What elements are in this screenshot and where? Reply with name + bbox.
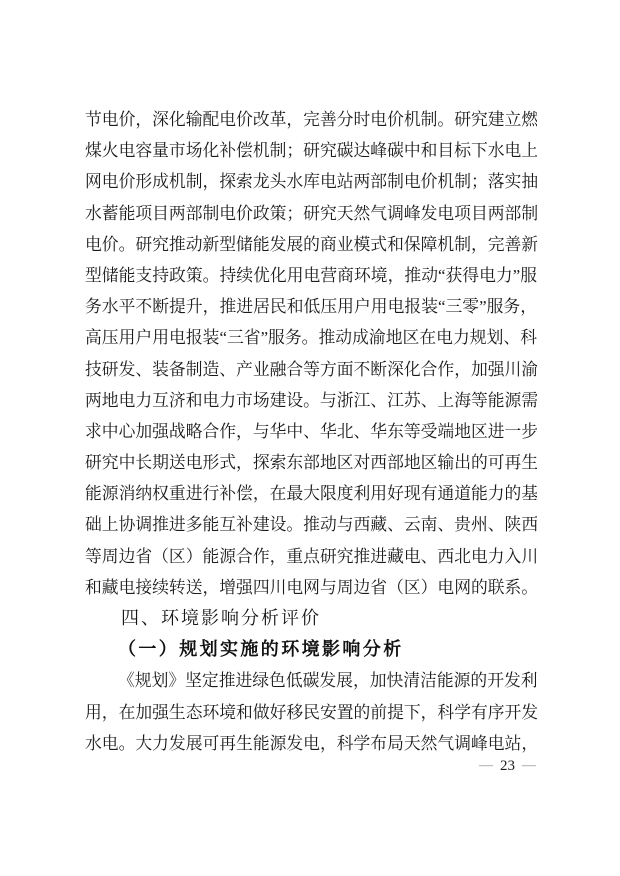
text-line: 煤火电容量市场化补偿机制；研究碳达峰碳中和目标下水电上 — [85, 135, 537, 166]
section-heading: 四、环境影响分析评价 — [85, 603, 537, 634]
text-line: 和藏电接续转送，增强四川电网与周边省（区）电网的联系。 — [85, 572, 537, 603]
text-line: 电价。研究推动新型储能发展的商业模式和保障机制，完善新 — [85, 229, 537, 260]
page-number-right-dash: — — [522, 758, 536, 774]
text-line: 型储能支持政策。持续优化用电营商环境，推动“获得电力”服 — [85, 260, 537, 291]
text-line: 求中心加强战略合作，与华中、华北、华东等受端地区进一步 — [85, 416, 537, 447]
text-line: 《规划》坚定推进绿色低碳发展，加快清洁能源的开发利 — [85, 665, 537, 696]
text-block: 节电价，深化输配电价改革，完善分时电价机制。研究建立燃 煤火电容量市场化补偿机制… — [85, 104, 537, 759]
text-line: 务水平不断提升，推进居民和低压用户用电报装“三零”服务， — [85, 291, 537, 322]
page-number-value: 23 — [500, 758, 515, 775]
subsection-heading: （一）规划实施的环境影响分析 — [85, 634, 537, 665]
text-line: 节电价，深化输配电价改革，完善分时电价机制。研究建立燃 — [85, 104, 537, 135]
text-line: 水蓄能项目两部制电价政策；研究天然气调峰发电项目两部制 — [85, 198, 537, 229]
text-line: 两地电力互济和电力市场建设。与浙江、江苏、上海等能源需 — [85, 385, 537, 416]
text-line: 水电。大力发展可再生能源发电，科学布局天然气调峰电站， — [85, 728, 537, 759]
text-line: 能源消纳权重进行补偿，在最大限度利用好现有通道能力的基 — [85, 478, 537, 509]
text-line: 高压用户用电报装“三省”服务。推动成渝地区在电力规划、科 — [85, 322, 537, 353]
text-line: 用，在加强生态环境和做好移民安置的前提下，科学有序开发 — [85, 697, 537, 728]
text-line: 研究中长期送电形式，探索东部地区对西部地区输出的可再生 — [85, 447, 537, 478]
text-line: 础上协调推进多能互补建设。推动与西藏、云南、贵州、陕西 — [85, 509, 537, 540]
text-line: 技研发、装备制造、产业融合等方面不断深化合作，加强川渝 — [85, 354, 537, 385]
document-page: 节电价，深化输配电价改革，完善分时电价机制。研究建立燃 煤火电容量市场化补偿机制… — [0, 0, 620, 876]
page-number: — 23 — — [479, 755, 536, 777]
page-number-left-dash: — — [479, 758, 493, 774]
text-line: 等周边省（区）能源合作，重点研究推进藏电、西北电力入川 — [85, 541, 537, 572]
text-line: 网电价形成机制，探索龙头水库电站两部制电价机制；落实抽 — [85, 166, 537, 197]
